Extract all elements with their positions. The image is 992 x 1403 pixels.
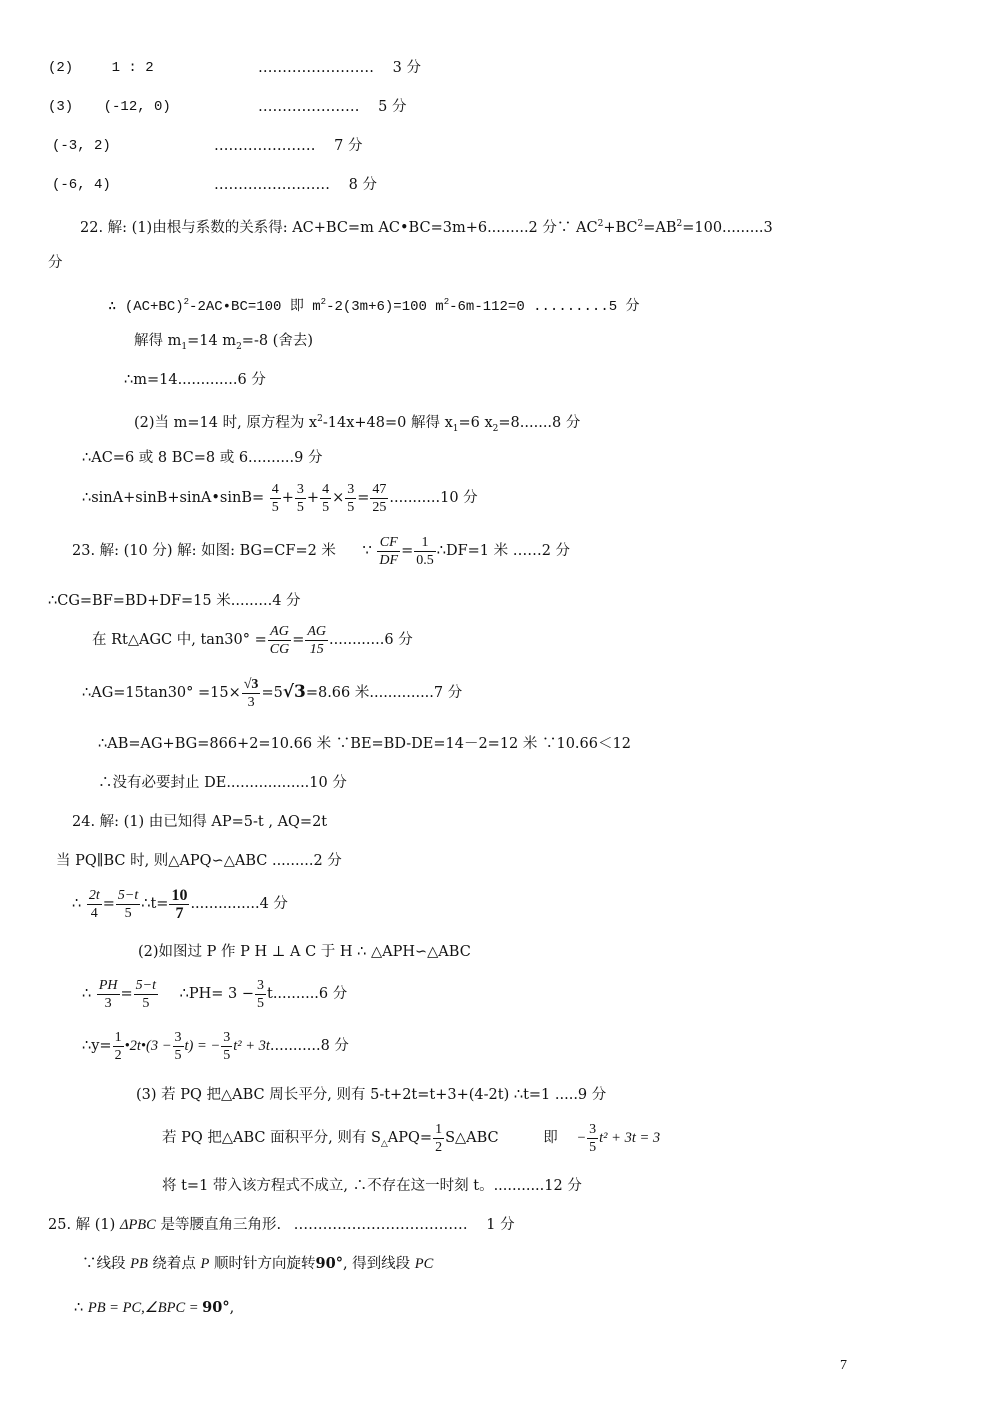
sqrt-symbol: √3 xyxy=(283,682,306,702)
q24-text: t² + 3t xyxy=(233,1038,270,1054)
q22-line-1: 22. 解: (1)由根与系数的关系得: AC+BC=m AC•BC=3m+6.… xyxy=(80,214,773,238)
math-expression: ΔPBC xyxy=(120,1217,156,1233)
q25-line-2: ∵线段 PB 绕着点 P 顺时针方向旋转90°, 得到线段 PC xyxy=(82,1254,433,1274)
fraction: 4725 xyxy=(370,481,388,516)
operator: + xyxy=(282,490,294,506)
q24-text: t² + 3t = 3 xyxy=(599,1130,660,1146)
math-expression: PB xyxy=(130,1256,148,1272)
q23-line-3: 在 Rt△AGC 中, tan30° =AGCG=AG15...........… xyxy=(92,622,413,658)
item-label: (3) xyxy=(48,99,73,115)
q22-line-5: (2)当 m=14 时, 原方程为 x2-14x+48=0 解得 x1=6 x2… xyxy=(134,409,580,439)
q24-line-5: ∴ PH3=5−t5 ∴PH= 3 −35t..........6 分 xyxy=(82,976,347,1012)
fraction: 35 xyxy=(173,1029,184,1064)
q23-text: ............6 分 xyxy=(329,632,413,648)
q23-text: =8.66 米..............7 分 xyxy=(306,685,462,701)
q23-text: 23. 解: (10 分) 解: 如图: BG=CF=2 米 xyxy=(72,543,336,559)
q22-line-3: 解得 m1=14 m2=-8 (舍去) xyxy=(134,331,313,357)
q23-line-6: ∴没有必要封止 DE..................10 分 xyxy=(98,773,347,793)
q22-line-4: ∴m=14.............6 分 xyxy=(124,370,266,390)
q22-line-7: ∴sinA+sinB+sinA•sinB= 45+35+45×35=4725..… xyxy=(82,480,478,516)
fraction: 10.5 xyxy=(414,534,436,569)
q22-line-6: ∴AC=6 或 8 BC=8 或 6..........9 分 xyxy=(82,448,322,468)
math-expression: 90° xyxy=(202,1299,229,1316)
q25-text: 是等腰直角三角形. xyxy=(156,1217,281,1233)
q24-line-6: ∴y=12•2t•(3 −35t) = −35t² + 3t..........… xyxy=(82,1028,349,1064)
score-label: 8 分 xyxy=(349,177,377,193)
q23-text: ∴AG=15tan30° =15× xyxy=(82,685,241,701)
q24-text: t) = − xyxy=(185,1038,221,1054)
q24-text: 将 t=1 带入该方程式不成立, ∴不存在这一时刻 t。...........1… xyxy=(162,1178,582,1194)
q24-text: 若 PQ 把△ABC 面积平分, 则有 S xyxy=(162,1130,381,1146)
q23-line-5: ∴AB=AG+BG=866+2=10.66 米 ∵BE=BD-DE=14－2=1… xyxy=(98,734,631,754)
fraction: 5−t5 xyxy=(134,977,158,1012)
q24-text: •2t•(3 − xyxy=(125,1038,172,1054)
q24-text: t..........6 分 xyxy=(267,986,347,1002)
item-label: (2) xyxy=(48,60,73,76)
q22-text: -14x+48=0 解得 x xyxy=(323,415,453,431)
q24-text: 24. 解: (1) 由已知得 AP=5-t , AQ=2t xyxy=(72,814,327,830)
q22-text: ...........10 分 xyxy=(389,490,477,506)
q22-line-1-wrap: 分 xyxy=(48,253,63,273)
q24-text: 即 xyxy=(543,1130,558,1146)
q22-text: 解得 m xyxy=(134,333,181,349)
operator: × xyxy=(332,490,344,506)
operator: = xyxy=(357,490,369,506)
score-line-21-2: …………………… 3 分 xyxy=(258,58,421,78)
fraction: 35 xyxy=(221,1029,232,1064)
q24-text: ∴t= xyxy=(141,896,168,912)
score-line-21-3: ………………… 5 分 xyxy=(258,97,406,117)
answer-line-21-3c: (-6, 4) xyxy=(52,175,111,195)
answer-line-21-2: (2) 1 : 2 xyxy=(48,58,154,78)
q22-text: =100.........3 xyxy=(682,220,773,236)
q24-text: − xyxy=(576,1130,586,1146)
score-label: 5 分 xyxy=(378,99,406,115)
fraction: 2t4 xyxy=(87,887,102,922)
q24-text: ∴ xyxy=(72,896,81,912)
q22-text: =-8 (舍去) xyxy=(242,333,313,349)
q22-text: ∴sinA+sinB+sinA•sinB= xyxy=(82,490,264,506)
q24-line-8: 若 PQ 把△ABC 面积平分, 则有 S△APQ=12S△ABC 即 −35t… xyxy=(162,1120,660,1162)
answer-line-21-3b: (-3, 2) xyxy=(52,136,111,156)
leader-dots: ………………… xyxy=(214,138,316,154)
q22-text: =8.......8 分 xyxy=(498,415,580,431)
q25-line-1: 25. 解 (1) ΔPBC 是等腰直角三角形. ……………………………… 1 … xyxy=(48,1215,515,1235)
q24-line-1: 24. 解: (1) 由已知得 AP=5-t , AQ=2t xyxy=(72,812,327,832)
q25-text: 绕着点 xyxy=(148,1256,201,1272)
q24-text: ∴PH= 3 − xyxy=(180,986,254,1002)
q24-text: ...........8 分 xyxy=(270,1038,349,1054)
q25-text: 25. 解 (1) xyxy=(48,1217,120,1233)
q23-text: ∴AB=AG+BG=866+2=10.66 米 ∵BE=BD-DE=14－2=1… xyxy=(98,736,631,752)
q24-text: 当 PQ∥BC 时, 则△APQ∽△ABC .........2 分 xyxy=(56,853,342,869)
q23-line-4: ∴AG=15tan30° =15×√33=5√3=8.66 米.........… xyxy=(82,674,462,711)
q24-text: APQ= xyxy=(388,1130,432,1146)
q24-text: ∴y= xyxy=(82,1038,112,1054)
q24-text: (3) 若 PQ 把△ABC 周长平分, 则有 5-t+2t=t+3+(4-2t… xyxy=(136,1087,606,1103)
q22-text: -2AC•BC=100 即 m xyxy=(189,299,321,315)
leader-dots: …………………… xyxy=(214,177,330,193)
q22-text: =6 x xyxy=(459,415,493,431)
math-expression: PC xyxy=(415,1256,434,1272)
q22-text: ∴AC=6 或 8 BC=8 或 6..........9 分 xyxy=(82,450,322,466)
fraction: 35 xyxy=(345,481,356,516)
q24-line-3: ∴ 2t4=5−t5∴t=107...............4 分 xyxy=(72,886,288,922)
q22-text: -6m-112=0 .........5 分 xyxy=(449,299,639,315)
fraction: 107 xyxy=(169,887,189,922)
q24-line-7: (3) 若 PQ 把△ABC 周长平分, 则有 5-t+2t=t+3+(4-2t… xyxy=(136,1085,606,1105)
score-label: 7 分 xyxy=(334,138,362,154)
fraction: PH3 xyxy=(97,977,120,1012)
answer-line-21-3: (3) (-12, 0) xyxy=(48,97,171,117)
q25-text: ∵线段 xyxy=(82,1256,130,1272)
page-number: 7 xyxy=(840,1358,847,1374)
q23-text: =5 xyxy=(261,685,282,701)
score-line-21-3b: ………………… 7 分 xyxy=(214,136,362,156)
q23-line-1: 23. 解: (10 分) 解: 如图: BG=CF=2 米 ∵ CFDF=10… xyxy=(72,533,570,569)
subscript: △ xyxy=(381,1139,388,1149)
math-expression: PB = PC,∠BPC = xyxy=(88,1300,202,1316)
answer-value: (-12, 0) xyxy=(104,99,171,115)
q24-line-9: 将 t=1 带入该方程式不成立, ∴不存在这一时刻 t。...........1… xyxy=(162,1176,582,1196)
q22-text: =AB xyxy=(643,220,676,236)
leader-dots: ………………… xyxy=(258,99,360,115)
q25-text: , 得到线段 xyxy=(343,1256,415,1272)
q22-text: 分 xyxy=(48,255,63,271)
leader-dots: …………………… xyxy=(258,60,374,76)
score-line-21-3c: …………………… 8 分 xyxy=(214,175,377,195)
answer-value: (-6, 4) xyxy=(52,177,111,193)
fraction: 35 xyxy=(295,481,306,516)
q23-line-2: ∴CG=BF=BD+DF=15 米.........4 分 xyxy=(48,591,301,611)
q22-text: (2)当 m=14 时, 原方程为 x xyxy=(134,415,317,431)
q23-text: 在 Rt△AGC 中, tan30° = xyxy=(92,632,267,648)
operator: + xyxy=(307,490,319,506)
math-expression: 90° xyxy=(316,1255,343,1272)
q22-text: =14 m xyxy=(187,333,236,349)
fraction: 5−t5 xyxy=(116,887,140,922)
q24-line-2: 当 PQ∥BC 时, 则△APQ∽△ABC .........2 分 xyxy=(56,851,342,871)
score-label: 1 分 xyxy=(486,1217,514,1233)
q22-text: 22. 解: (1)由根与系数的关系得: AC+BC=m AC•BC=3m+6.… xyxy=(80,220,598,236)
q24-text: ∴ xyxy=(82,986,91,1002)
q22-text: +BC xyxy=(603,220,637,236)
fraction: 45 xyxy=(270,481,281,516)
fraction: AGCG xyxy=(268,623,291,658)
q24-text: ...............4 分 xyxy=(190,896,287,912)
fraction: 35 xyxy=(255,977,266,1012)
q25-text: 顺时针方向旋转 xyxy=(209,1256,315,1272)
q25-text: , xyxy=(230,1300,235,1316)
fraction: CFDF xyxy=(377,534,400,569)
q22-text: ∴m=14.............6 分 xyxy=(124,372,266,388)
q24-text: (2)如图过 P 作 P H ⊥ A C 于 H ∴ △APH∽△ABC xyxy=(138,944,471,960)
score-label: 3 分 xyxy=(393,60,421,76)
q23-text: ∴DF=1 米 ……2 分 xyxy=(437,543,570,559)
fraction: AG15 xyxy=(305,623,328,658)
fraction: 12 xyxy=(113,1029,124,1064)
q23-text: ∴CG=BF=BD+DF=15 米.........4 分 xyxy=(48,593,301,609)
q25-text: ∴ xyxy=(74,1300,88,1316)
q23-text: ∴没有必要封止 DE..................10 分 xyxy=(98,775,347,791)
q22-text: ∴ (AC+BC) xyxy=(108,299,184,315)
fraction: 35 xyxy=(587,1121,598,1156)
q24-line-4: (2)如图过 P 作 P H ⊥ A C 于 H ∴ △APH∽△ABC xyxy=(138,942,471,962)
because-symbol: ∵ xyxy=(363,543,372,559)
answer-value: (-3, 2) xyxy=(52,138,111,154)
answer-value: 1 : 2 xyxy=(112,60,154,76)
fraction: √33 xyxy=(242,676,261,711)
q24-text: S△ABC xyxy=(445,1130,499,1146)
q25-line-3: ∴ PB = PC,∠BPC = 90°, xyxy=(74,1298,234,1318)
q22-line-2: ∴ (AC+BC)2-2AC•BC=100 即 m2-2(3m+6)=100 m… xyxy=(108,292,640,317)
fraction: 12 xyxy=(433,1121,444,1156)
leader-dots: ……………………………… xyxy=(294,1217,468,1233)
fraction: 45 xyxy=(320,481,331,516)
q22-text: -2(3m+6)=100 m xyxy=(326,299,444,315)
